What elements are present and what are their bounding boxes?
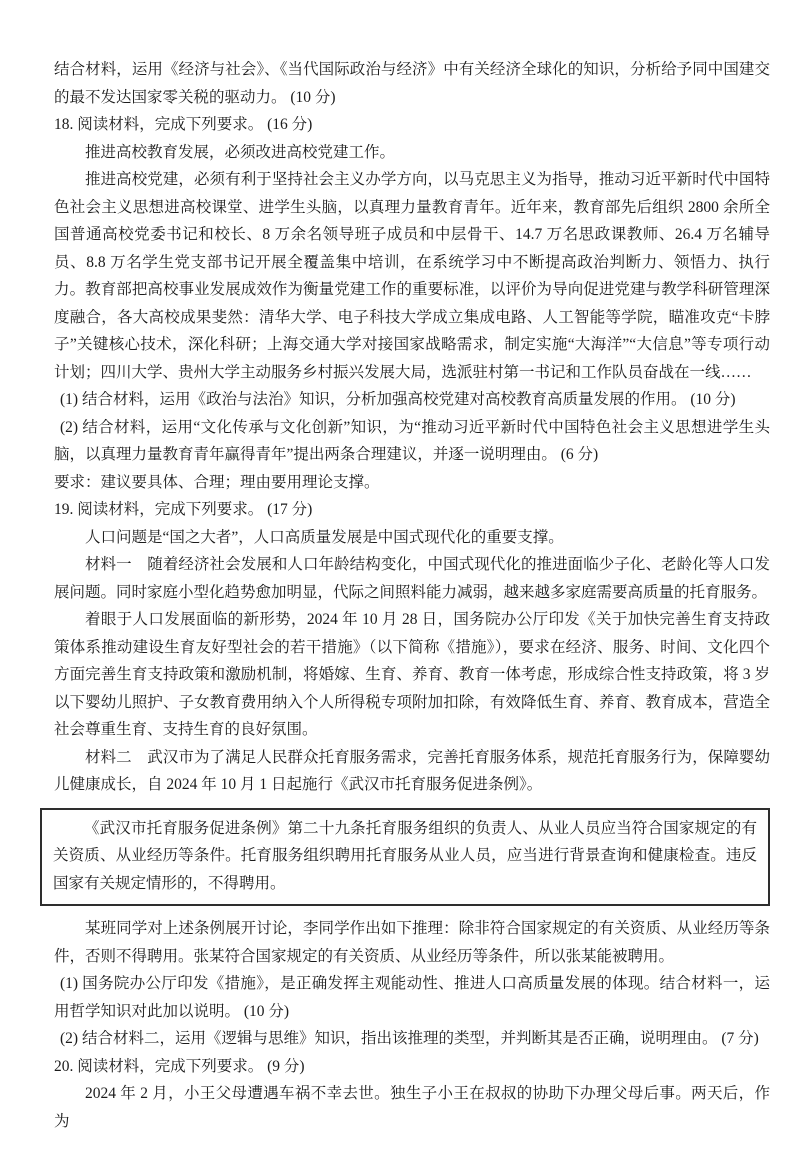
- question-18-sub-2: (2) 结合材料，运用“文化传承与文化创新”知识，为“推动习近平新时代中国特色社…: [54, 414, 770, 469]
- regulation-excerpt-box: 《武汉市托育服务促进条例》第二十九条托育服务组织的负责人、从业人员应当符合国家规…: [40, 808, 770, 907]
- exam-page: 结合材料，运用《经济与社会》、《当代国际政治与经济》中有关经济全球化的知识，分析…: [0, 0, 800, 1163]
- question-19-discussion: 某班同学对上述条例展开讨论，李同学作出如下推理：除非符合国家规定的有关资质、从业…: [54, 915, 770, 970]
- regulation-excerpt-text: 《武汉市托育服务促进条例》第二十九条托育服务组织的负责人、从业人员应当符合国家规…: [53, 815, 757, 898]
- question-18-sub-1: (1) 结合材料，运用《政治与法治》知识，分析加强高校党建对高校教育高质量发展的…: [54, 386, 770, 414]
- question-18-requirements: 要求：建议要具体、合理；理由要用理论支撑。: [54, 469, 770, 497]
- question-19-sub-2: (2) 结合材料二，运用《逻辑与思维》知识，指出该推理的类型，并判断其是否正确，…: [54, 1025, 770, 1053]
- question-18-material: 推进高校党建，必须有利于坚持社会主义办学方向，以马克思主义为指导，推动习近平新时…: [54, 166, 770, 386]
- question-19-material-1: 材料一 随着经济社会发展和人口年龄结构变化，中国式现代化的推进面临少子化、老龄化…: [54, 551, 770, 606]
- question-20-material: 2024 年 2 月，小王父母遭遇车祸不幸去世。独生子小王在叔叔的协助下办理父母…: [54, 1080, 770, 1135]
- question-19-measures-paragraph: 着眼于人口发展面临的新形势，2024 年 10 月 28 日，国务院办公厅印发《…: [54, 606, 770, 744]
- question-19-material-2: 材料二 武汉市为了满足人民群众托育服务需求，完善托育服务体系，规范托育服务行为，…: [54, 744, 770, 799]
- question-18-intro: 推进高校教育发展，必须改进高校党建工作。: [54, 139, 770, 167]
- question-20-heading: 20. 阅读材料，完成下列要求。 (9 分): [54, 1053, 770, 1081]
- question-19-sub-1: (1) 国务院办公厅印发《措施》，是正确发挥主观能动性、推进人口高质量发展的体现…: [54, 970, 770, 1025]
- question-17-answer-tail: 结合材料，运用《经济与社会》、《当代国际政治与经济》中有关经济全球化的知识，分析…: [54, 56, 770, 111]
- question-18-heading: 18. 阅读材料，完成下列要求。 (16 分): [54, 111, 770, 139]
- question-19-intro: 人口问题是“国之大者”，人口高质量发展是中国式现代化的重要支撑。: [54, 524, 770, 552]
- question-19-heading: 19. 阅读材料，完成下列要求。 (17 分): [54, 496, 770, 524]
